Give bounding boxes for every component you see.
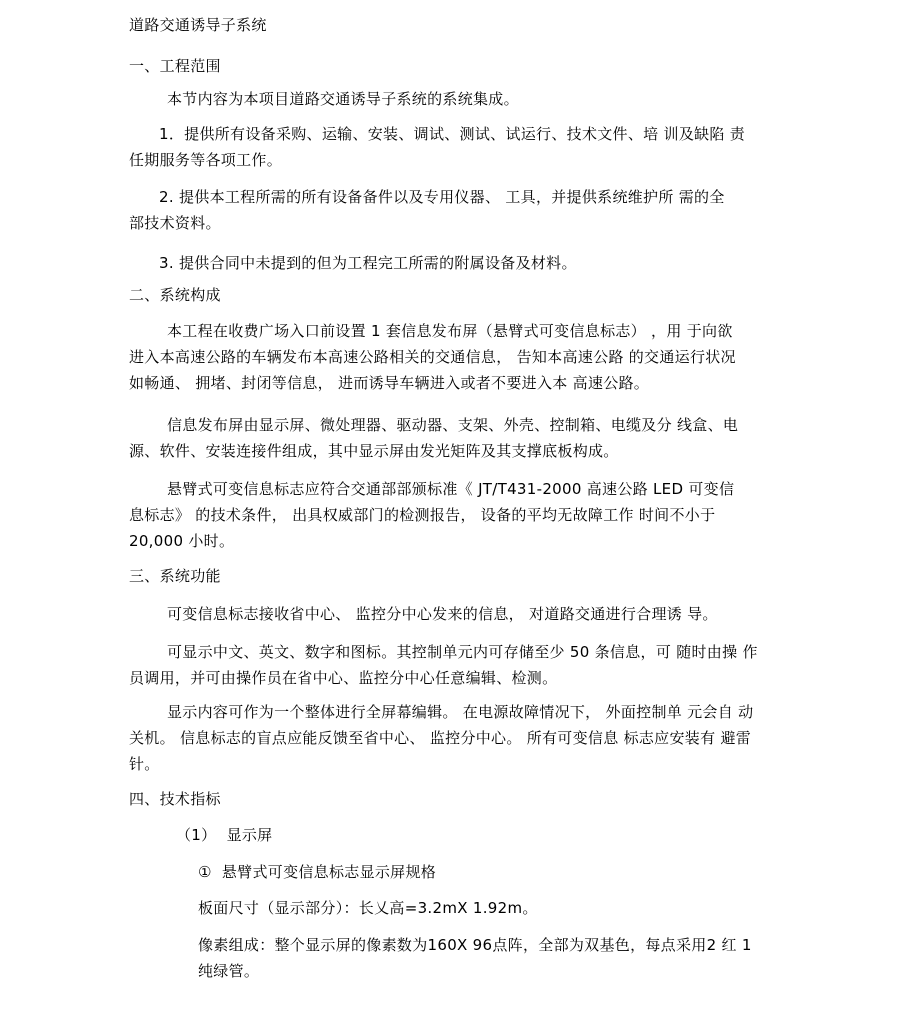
- paragraph-line: 如畅通、 拥堵、封闭等信息， 进而诱导车辆进入或者不要进入本 高速公路。: [129, 370, 829, 396]
- list-item-1: 1．提供所有设备采购、运输、安装、调试、测试、试运行、技术文件、培 训及缺陷 责: [129, 121, 829, 147]
- paragraph-line: 可变信息标志接收省中心、 监控分中心发来的信息， 对道路交通进行合理诱 导。: [129, 601, 829, 627]
- document-page: 道路交通诱导子系统 一、工程范围 本节内容为本项目道路交通诱导子系统的系统集成。…: [0, 0, 920, 1017]
- section-heading-3-functions: 三、系统功能: [129, 563, 829, 589]
- subsection-label-display: （1） 显示屏: [129, 822, 829, 848]
- paragraph-line: 针。: [129, 751, 829, 777]
- paragraph-line: 悬臂式可变信息标志应符合交通部部颁标准《 JT/T431-2000 高速公路 L…: [129, 476, 829, 502]
- paragraph-line: 显示内容可作为一个整体进行全屏幕编辑。 在电源故障情况下， 外面控制单 元会自 …: [129, 699, 829, 725]
- paragraph-line: 员调用，并可由操作员在省中心、监控分中心任意编辑、检测。: [129, 665, 829, 691]
- paragraph-line: 20,000 小时。: [129, 528, 829, 554]
- list-item-1-continuation: 任期服务等各项工作。: [129, 147, 829, 173]
- spec-panel-size: 板面尺寸（显示部分）：长乂高=3.2mX 1.92m。: [129, 895, 829, 921]
- list-item-3: 3. 提供合同中未提到的但为工程完工所需的附属设备及材料。: [129, 250, 829, 276]
- spec-pixel-composition: 像素组成：整个显示屏的像素数为160X 96点阵，全部为双基色，每点采用2 红 …: [129, 932, 829, 958]
- paragraph-line: 源、软件、安装连接件组成，其中显示屏由发光矩阵及其支撑底板构成。: [129, 438, 829, 464]
- document-title: 道路交通诱导子系统: [129, 12, 829, 38]
- paragraph-line: 本节内容为本项目道路交通诱导子系统的系统集成。: [129, 86, 829, 112]
- section-heading-1-scope: 一、工程范围: [129, 53, 829, 79]
- paragraph-line: 本工程在收费广场入口前设置 1 套信息发布屏（悬臂式可变信息标志） ，用 于向欲: [129, 318, 829, 344]
- circled-item-1: ① 悬臂式可变信息标志显示屏规格: [129, 859, 829, 885]
- paragraph-line: 进入本高速公路的车辆发布本高速公路相关的交通信息， 告知本高速公路 的交通运行状…: [129, 344, 829, 370]
- paragraph-line: 关机。 信息标志的盲点应能反馈至省中心、 监控分中心。 所有可变信息 标志应安装…: [129, 725, 829, 751]
- document-content: 道路交通诱导子系统 一、工程范围 本节内容为本项目道路交通诱导子系统的系统集成。…: [129, 12, 829, 984]
- paragraph-line: 息标志》 的技术条件， 出具权威部门的检测报告， 设备的平均无故障工作 时间不小…: [129, 502, 829, 528]
- paragraph-line: 信息发布屏由显示屏、微处理器、驱动器、支架、外壳、控制箱、电缆及分 线盒、电: [129, 412, 829, 438]
- paragraph-line: 可显示中文、英文、数字和图标。其控制单元内可存储至少 50 条信息，可 随时由操…: [129, 639, 829, 665]
- list-item-2: 2. 提供本工程所需的所有设备备件以及专用仪器、 工具，并提供系统维护所 需的全: [129, 184, 829, 210]
- spec-pixel-continuation: 纯绿管。: [129, 958, 829, 984]
- list-item-2-continuation: 部技术资料。: [129, 210, 829, 236]
- section-heading-2-composition: 二、系统构成: [129, 282, 829, 308]
- section-heading-4-specs: 四、技术指标: [129, 786, 829, 812]
